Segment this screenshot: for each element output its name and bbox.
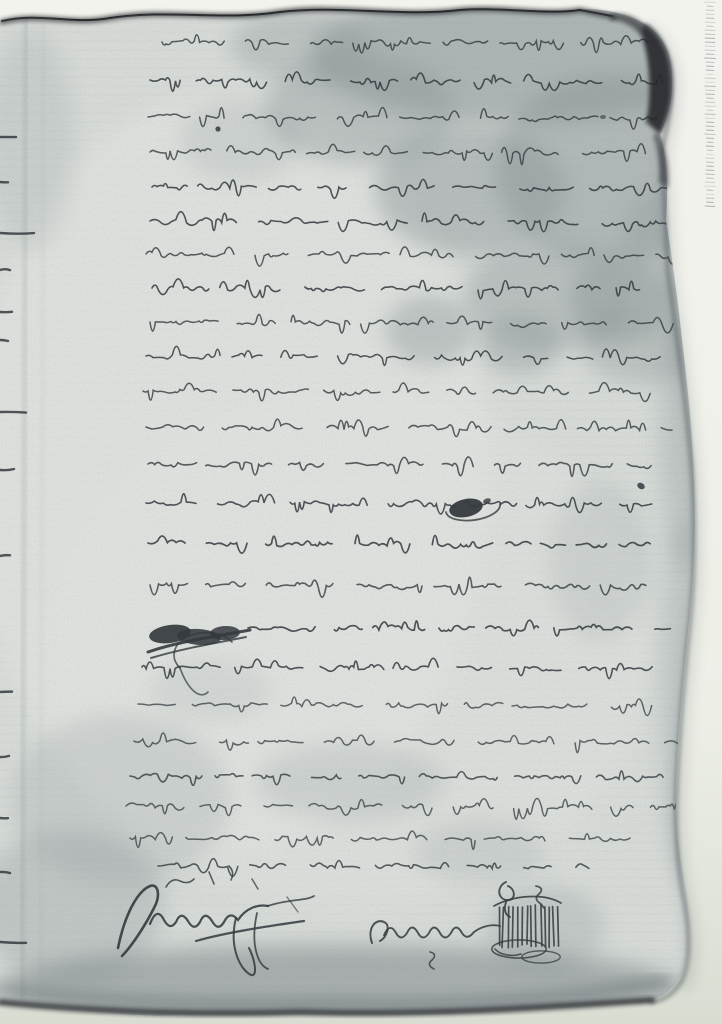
printed-edge-line — [706, 122, 714, 123]
printed-edge-line — [705, 38, 715, 39]
printed-edge-line — [706, 54, 715, 55]
printed-edge-line — [705, 114, 716, 115]
printed-edge-line — [706, 130, 714, 131]
printed-edge-line — [705, 14, 714, 15]
printed-edge-line — [706, 62, 715, 63]
printed-edge-line — [706, 66, 714, 67]
printed-edge-line — [705, 174, 714, 175]
printed-edge-line — [706, 162, 714, 163]
printed-edge-line — [705, 34, 715, 35]
printed-edge-line — [706, 146, 714, 147]
printed-edge-line — [707, 150, 713, 151]
paper-grain-overlay — [0, 0, 722, 1024]
printed-edge-line — [705, 42, 716, 43]
printed-edge-line — [706, 170, 715, 171]
printed-edge-line — [705, 118, 715, 119]
printed-edge-line — [704, 186, 716, 187]
printed-edge-line — [705, 206, 715, 207]
printed-edge-line — [705, 94, 714, 95]
printed-edge-line — [706, 26, 713, 27]
printed-edge-line — [706, 70, 714, 71]
printed-edge-line — [706, 154, 713, 155]
printed-edge-line — [706, 202, 714, 203]
printed-edge-line — [706, 18, 715, 19]
manuscript-scene — [0, 0, 722, 1024]
printed-edge-line — [704, 134, 715, 135]
printed-edge-line — [706, 74, 713, 75]
printed-edge-line — [707, 190, 713, 191]
printed-edge-line — [706, 166, 713, 167]
printed-edge-line — [706, 126, 715, 127]
printed-edge-line — [706, 138, 714, 139]
printed-edge-line — [704, 2, 716, 3]
printed-edge-line — [706, 194, 714, 195]
printed-edge-line — [704, 58, 716, 59]
printed-edge-line — [705, 22, 715, 23]
printed-edge-line — [706, 10, 715, 11]
printed-edge-line — [705, 82, 714, 83]
printed-edge-line — [705, 182, 715, 183]
printed-edge-line — [705, 30, 716, 31]
printed-edge-line — [705, 90, 715, 91]
printed-edge-line — [707, 142, 713, 143]
printed-edge-line — [706, 98, 714, 99]
printed-edge-line — [704, 50, 715, 51]
manuscript-photo — [0, 0, 722, 1024]
printed-edge-line — [705, 78, 716, 79]
printed-edge-line — [705, 102, 715, 103]
printed-edge-line — [707, 6, 713, 7]
printed-edge-line — [706, 198, 714, 199]
printed-edge-line — [704, 86, 715, 87]
printed-edge-line — [707, 110, 714, 111]
printed-edge-line — [705, 46, 716, 47]
printed-edge-line — [706, 158, 715, 159]
printed-edge-line — [704, 106, 715, 107]
printed-edge-line — [706, 178, 714, 179]
